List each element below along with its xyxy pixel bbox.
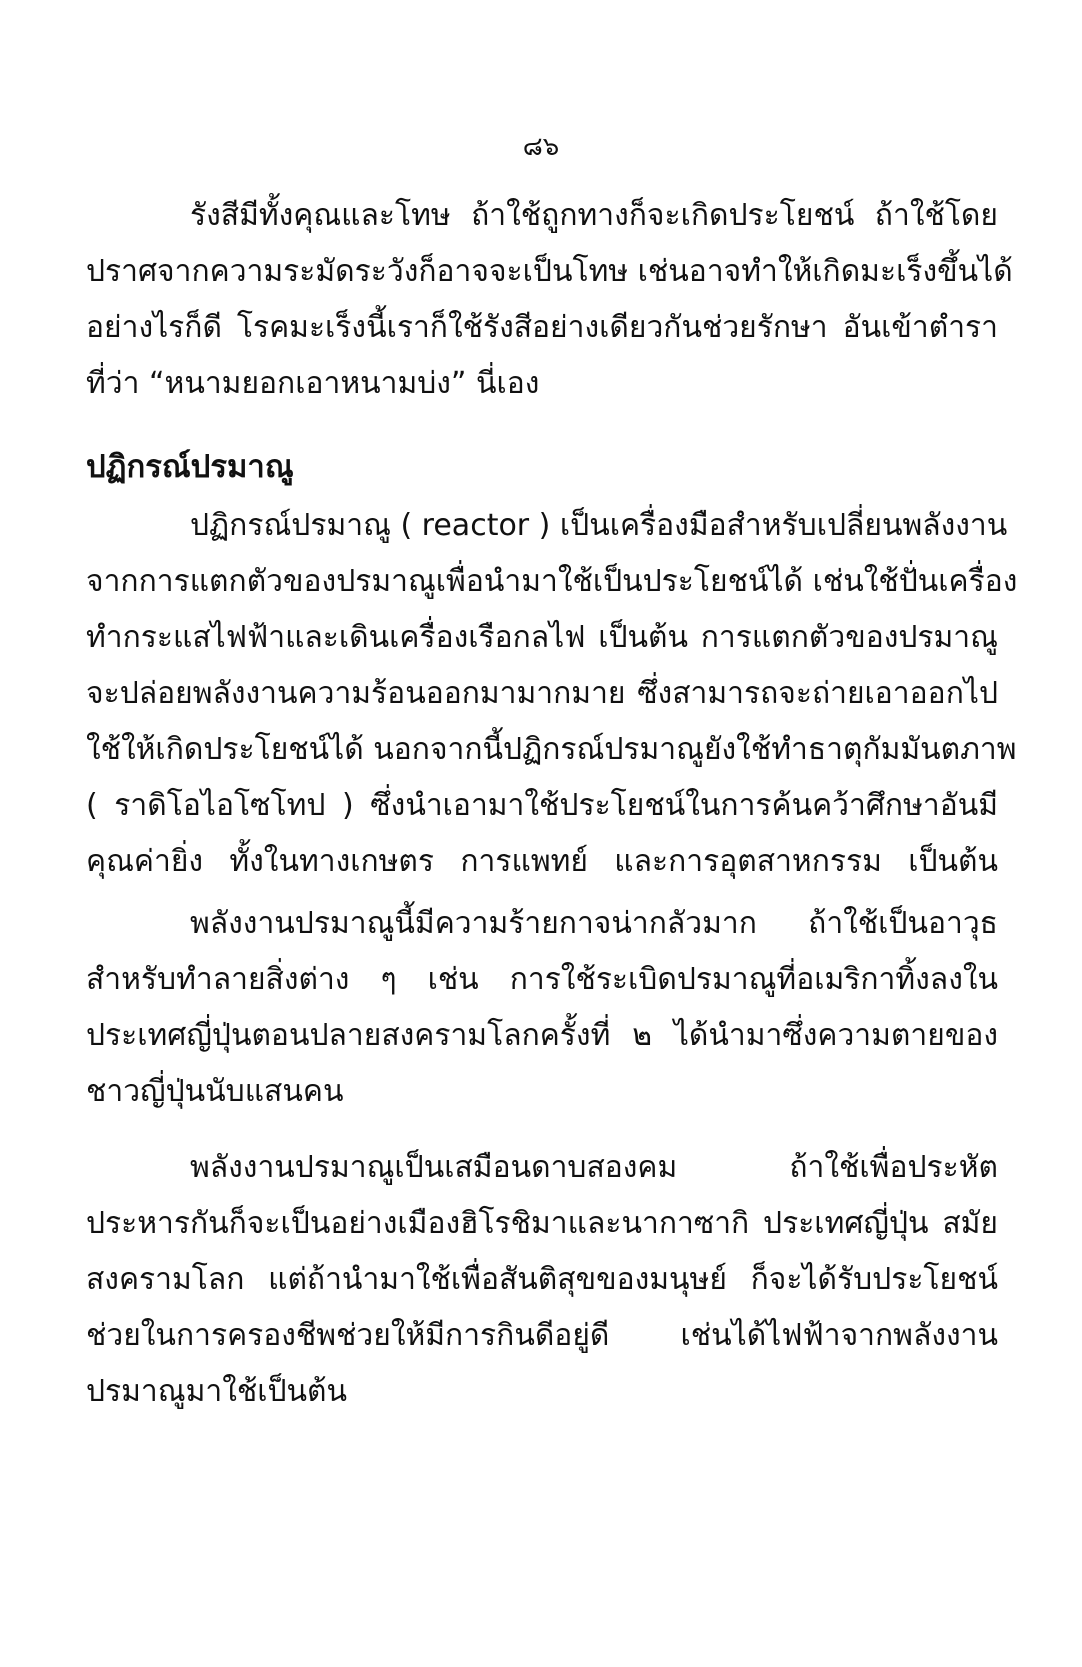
paragraph-4-line-4: ช่วยในการครองชีพช่วยให้มีการกินดีอยู่ดี … bbox=[86, 1316, 998, 1356]
paragraph-3-line-2: สำหรับทำลายสิ่งต่าง ๆ เช่น การใช้ระเบิดป… bbox=[86, 960, 998, 1000]
book-page: ๘๖ รังสีมีทั้งคุณและโทษ ถ้าใช้ถูกทางก็จะ… bbox=[0, 0, 1082, 1667]
paragraph-2-line-6: ( ราดิโอไอโซโทป ) ซึ่งนำเอามาใช้ประโยชน์… bbox=[86, 786, 998, 826]
paragraph-1-line-3: อย่างไรก็ดี โรคมะเร็งนี้เราก็ใช้รังสีอย่… bbox=[86, 308, 998, 348]
paragraph-2-line-2: จากการแตกตัวของปรมาณูเพื่อนำมาใช้เป็นประ… bbox=[86, 562, 998, 602]
paragraph-4-line-3: สงครามโลก แต่ถ้านำมาใช้เพื่อสันติสุขของม… bbox=[86, 1260, 998, 1300]
paragraph-4-line-5: ปรมาณูมาใช้เป็นต้น bbox=[86, 1372, 998, 1412]
paragraph-4-line-1: พลังงานปรมาณูเป็นเสมือนดาบสองคม ถ้าใช้เพ… bbox=[190, 1148, 998, 1188]
paragraph-1-line-2: ปราศจากความระมัดระวังก็อาจจะเป็นโทษ เช่น… bbox=[86, 252, 998, 292]
paragraph-4-line-2: ประหารกันก็จะเป็นอย่างเมืองฮิโรชิมาและนา… bbox=[86, 1204, 998, 1244]
paragraph-3-line-4: ชาวญี่ปุ่นนับแสนคน bbox=[86, 1072, 998, 1112]
paragraph-1-line-1: รังสีมีทั้งคุณและโทษ ถ้าใช้ถูกทางก็จะเกิ… bbox=[190, 196, 998, 236]
paragraph-2-line-1: ปฏิกรณ์ปรมาณู ( reactor ) เป็นเครื่องมือ… bbox=[190, 506, 998, 546]
paragraph-2-line-5: ใช้ให้เกิดประโยชน์ได้ นอกจากนี้ปฏิกรณ์ปร… bbox=[86, 730, 998, 770]
paragraph-1-line-4: ที่ว่า “หนามยอกเอาหนามบ่ง” นี่เอง bbox=[86, 364, 998, 404]
paragraph-2-line-4: จะปล่อยพลังงานความร้อนออกมามากมาย ซึ่งสา… bbox=[86, 674, 998, 714]
paragraph-3-line-1: พลังงานปรมาณูนี้มีความร้ายกาจน่ากลัวมาก … bbox=[190, 904, 998, 944]
paragraph-3-line-3: ประเทศญี่ปุ่นตอนปลายสงครามโลกครั้งที่ ๒ … bbox=[86, 1016, 998, 1056]
section-heading: ปฏิกรณ์ปรมาณู bbox=[86, 447, 294, 487]
paragraph-2-line-3: ทำกระแสไฟฟ้าและเดินเครื่องเรือกลไฟ เป็นต… bbox=[86, 618, 998, 658]
page-number: ๘๖ bbox=[0, 132, 1082, 162]
paragraph-2-line-7: คุณค่ายิ่ง ทั้งในทางเกษตร การแพทย์ และกา… bbox=[86, 842, 998, 882]
